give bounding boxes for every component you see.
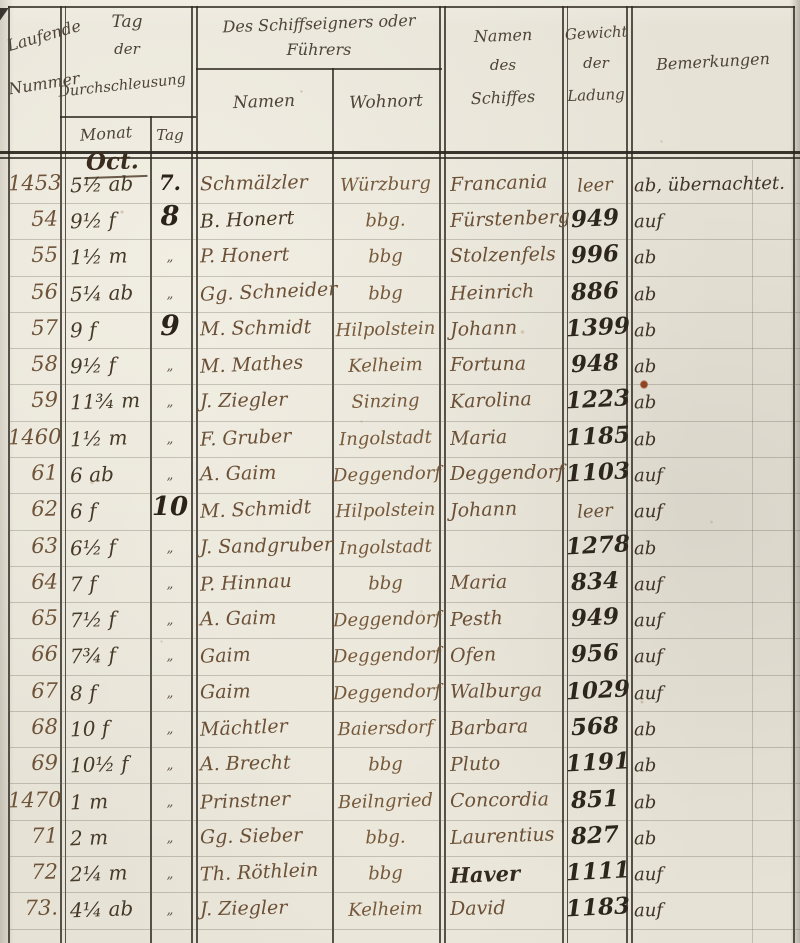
table-row: 62 6 f 10 M. Schmidt Hilpolstein Johann … xyxy=(0,493,800,529)
owner-name: M. Schmidt xyxy=(200,496,333,524)
day-of-month: 9 xyxy=(150,309,190,342)
ship-name: Stolzenfels xyxy=(450,243,562,267)
day-of-month: „ xyxy=(150,613,190,628)
passage-time: 9½ f xyxy=(70,352,149,379)
table-row: 66 7¾ f „ Gaim Deggendorf Ofen 956 auf xyxy=(0,638,800,674)
owner-name: Schmälzler xyxy=(200,170,332,195)
owner-residence: Hilpolstein xyxy=(333,499,439,523)
remark: auf xyxy=(634,571,792,595)
table-row: 64 7 f „ P. Hinnau bbg Maria 834 auf xyxy=(0,566,800,602)
cargo-weight: 1278 xyxy=(565,530,624,560)
day-of-month: „ xyxy=(150,649,190,664)
header-bemerkungen: Bemerkungen xyxy=(634,48,793,75)
passage-time: 5¼ ab xyxy=(70,279,149,306)
ship-name: Ofen xyxy=(450,641,563,667)
ship-name: Heinrich xyxy=(450,279,563,305)
running-number: 57 xyxy=(8,315,58,340)
remark: ab xyxy=(634,535,792,559)
passage-time: 1½ m xyxy=(70,424,149,451)
owner-name: M. Mathes xyxy=(200,350,333,378)
day-of-month: „ xyxy=(150,250,190,265)
cargo-weight: 1111 xyxy=(565,857,624,887)
owner-name: Mächtler xyxy=(200,713,333,741)
running-number: 65 xyxy=(8,606,58,631)
passage-time: 6½ f xyxy=(70,533,149,560)
running-number: 55 xyxy=(8,243,58,268)
owner-residence: Deggendorf xyxy=(333,644,439,668)
owner-name: Gg. Sieber xyxy=(200,823,332,848)
cargo-weight: 1103 xyxy=(565,458,624,488)
header-eigner-line1: Des Schiffseigners oder xyxy=(196,10,443,38)
day-of-month: „ xyxy=(150,359,190,374)
running-number: 1470 xyxy=(8,787,58,812)
cargo-weight: 948 xyxy=(565,349,624,379)
day-of-month: 10 xyxy=(150,492,190,522)
running-number: 72 xyxy=(8,860,58,885)
running-number: 58 xyxy=(8,352,58,377)
day-of-month: „ xyxy=(150,903,190,918)
day-of-month: „ xyxy=(150,831,190,846)
passage-time: 2 m xyxy=(70,823,149,850)
passage-time: 1 m xyxy=(70,787,149,814)
cargo-weight: 949 xyxy=(565,603,624,633)
day-of-month: „ xyxy=(150,686,190,701)
owner-header-rule xyxy=(196,68,442,70)
header-sub-monat: Monat xyxy=(63,121,148,146)
ship-name: Deggendorf xyxy=(450,461,562,485)
ship-name: Walburga xyxy=(450,679,562,703)
running-number: 59 xyxy=(8,388,58,413)
table-row: 57 9 f 9 M. Schmidt Hilpolstein Johann 1… xyxy=(0,312,800,348)
cargo-weight: 1191 xyxy=(565,748,624,778)
day-of-month: „ xyxy=(150,867,190,882)
table-row: 1453 5½ ab 7. Schmälzler Würzburg Franca… xyxy=(0,167,800,203)
owner-name: J. Ziegler xyxy=(200,896,332,921)
cargo-weight: 996 xyxy=(565,240,624,270)
owner-residence: Ingolstadt xyxy=(333,426,439,450)
passage-time: 2¼ m xyxy=(70,860,149,887)
owner-residence: bbg xyxy=(333,862,439,886)
running-number: 61 xyxy=(8,461,58,486)
remark: auf xyxy=(634,608,792,632)
ship-name: Francania xyxy=(450,170,563,196)
ship-name: Fürstenberg xyxy=(450,206,563,232)
table-row: 61 6 ab „ A. Gaim Deggendorf Deggendorf … xyxy=(0,457,800,493)
passage-time: 8 f xyxy=(70,678,149,705)
cargo-weight: 568 xyxy=(565,712,624,742)
remark: auf xyxy=(634,862,792,886)
ship-name: Karolina xyxy=(450,388,563,414)
remark: ab xyxy=(634,789,792,813)
remark: ab xyxy=(634,354,792,378)
owner-residence: bbg xyxy=(333,281,439,305)
table-row: 72 2¼ m „ Th. Röthlein bbg Haver 1111 au… xyxy=(0,856,800,892)
owner-residence: bbg. xyxy=(333,209,439,233)
day-of-month: „ xyxy=(150,468,190,483)
header-tag-line2: der xyxy=(62,40,192,58)
remark: ab xyxy=(634,426,792,450)
remark: auf xyxy=(634,499,792,523)
remark: ab xyxy=(634,245,792,269)
cargo-weight: leer xyxy=(565,500,624,524)
running-number: 1453 xyxy=(8,170,58,195)
table-row: 69 10½ f „ A. Brecht bbg Pluto 1191 ab xyxy=(0,747,800,783)
owner-residence: Hilpolstein xyxy=(333,318,439,342)
passage-time: 5½ ab xyxy=(70,170,149,197)
owner-name: Gaim xyxy=(200,678,332,703)
running-number: 66 xyxy=(8,642,58,667)
ship-name: Maria xyxy=(450,424,563,450)
header-gewicht-line1: Gewicht xyxy=(565,22,628,43)
passage-time: 7 f xyxy=(70,570,149,597)
remark: ab xyxy=(634,281,792,305)
passage-time: 7½ f xyxy=(70,606,149,633)
remark: ab xyxy=(634,825,792,849)
cargo-weight: 1183 xyxy=(565,893,624,923)
owner-residence: bbg xyxy=(333,572,439,596)
table-row: 56 5¼ ab „ Gg. Schneider bbg Heinrich 88… xyxy=(0,276,800,312)
owner-residence: Deggendorf xyxy=(333,608,439,632)
running-number: 71 xyxy=(8,823,58,848)
cargo-weight: 886 xyxy=(565,276,624,306)
ship-name: Fortuna xyxy=(450,352,562,376)
running-number: 67 xyxy=(8,678,58,703)
table-row: 1460 1½ m „ F. Gruber Ingolstadt Maria 1… xyxy=(0,421,800,457)
table-row: 1470 1 m „ Prinstner Beilngried Concordi… xyxy=(0,784,800,820)
owner-residence: Beilngried xyxy=(333,789,439,813)
header-schiff-line3: Schiffes xyxy=(444,86,563,109)
remark: ab, übernachtet. xyxy=(634,172,792,196)
passage-time: 10½ f xyxy=(70,751,149,778)
ship-name: Pluto xyxy=(450,750,563,776)
owner-residence: bbg xyxy=(333,245,439,269)
ship-name: Pesth xyxy=(450,605,563,631)
passage-time: 7¾ f xyxy=(70,642,149,669)
header-sub-tag: Tag xyxy=(150,126,190,144)
owner-name: P. Hinnau xyxy=(200,568,333,596)
day-of-month: „ xyxy=(150,722,190,737)
cargo-weight: 1399 xyxy=(565,312,624,342)
day-of-month: „ xyxy=(150,287,190,302)
header-gewicht-line3: Ladung xyxy=(565,85,628,105)
day-of-month: 8 xyxy=(150,201,190,232)
cargo-weight: 949 xyxy=(565,204,624,234)
cargo-weight: leer xyxy=(565,173,624,197)
remark: ab xyxy=(634,390,792,414)
owner-residence: Würzburg xyxy=(333,172,439,196)
owner-name: J. Sandgruber xyxy=(200,533,332,558)
ship-name: Barbara xyxy=(450,714,563,740)
owner-residence: Kelheim xyxy=(333,354,439,378)
owner-residence: bbg. xyxy=(333,825,439,849)
owner-name: F. Gruber xyxy=(200,423,333,451)
passage-time: 9½ f xyxy=(70,207,149,234)
table-row: 71 2 m „ Gg. Sieber bbg. Laurentius 827 … xyxy=(0,820,800,856)
header-eigner-line2: Führers xyxy=(196,40,442,59)
running-number: 63 xyxy=(8,533,58,558)
owner-residence: Ingolstadt xyxy=(333,535,439,559)
remark: auf xyxy=(634,898,792,922)
ship-name: Johann xyxy=(450,315,563,341)
table-row: 67 8 f „ Gaim Deggendorf Walburga 1029 a… xyxy=(0,675,800,711)
ship-name: David xyxy=(450,896,562,920)
running-number: 1460 xyxy=(8,424,58,449)
table-row: 65 7½ f „ A. Gaim Deggendorf Pesth 949 a… xyxy=(0,602,800,638)
cargo-weight: 1223 xyxy=(565,385,624,415)
header-schiff-line1: Namen xyxy=(444,24,563,47)
running-number: 56 xyxy=(8,279,58,304)
day-of-month: „ xyxy=(150,758,190,773)
passage-time: 4¼ ab xyxy=(70,896,149,923)
owner-residence: Deggendorf xyxy=(333,680,439,704)
ledger-page: Laufende Nummer Tag der Durchschleusung … xyxy=(0,0,800,943)
day-of-month: „ xyxy=(150,795,190,810)
cargo-weight: 956 xyxy=(565,639,624,669)
passage-time: 6 f xyxy=(70,497,149,524)
ship-name: Maria xyxy=(450,570,562,594)
table-row: 54 9½ f 8 B. Honert bbg. Fürstenberg 949… xyxy=(0,203,800,239)
running-number: 73. xyxy=(8,896,58,921)
cargo-weight: 834 xyxy=(565,566,624,596)
day-of-month: „ xyxy=(150,541,190,556)
owner-name: B. Honert xyxy=(200,205,333,233)
running-number: 68 xyxy=(8,715,58,740)
table-row: 68 10 f „ Mächtler Baiersdorf Barbara 56… xyxy=(0,711,800,747)
running-number: 64 xyxy=(8,569,58,594)
owner-name: M. Schmidt xyxy=(200,316,332,341)
ship-name: Laurentius xyxy=(450,823,563,849)
remark: auf xyxy=(634,644,792,668)
owner-residence: Kelheim xyxy=(333,898,439,922)
owner-residence: Baiersdorf xyxy=(333,717,439,741)
day-of-month: „ xyxy=(150,395,190,410)
table-row: 59 11¾ m „ J. Ziegler Sinzing Karolina 1… xyxy=(0,384,800,420)
owner-name: Gg. Schneider xyxy=(200,278,333,306)
passage-time: 1½ m xyxy=(70,243,149,270)
cargo-weight: 827 xyxy=(565,820,624,850)
owner-name: A. Gaim xyxy=(200,461,332,486)
running-number: 69 xyxy=(8,751,58,776)
header-sub-namen: Namen xyxy=(197,90,332,115)
day-of-month: „ xyxy=(150,577,190,592)
running-number: 62 xyxy=(8,497,58,522)
owner-name: P. Honert xyxy=(200,243,332,268)
ship-name: Haver xyxy=(450,859,563,888)
owner-residence: bbg xyxy=(333,753,439,777)
passage-time: 9 f xyxy=(70,316,149,343)
table-row: 55 1½ m „ P. Honert bbg Stolzenfels 996 … xyxy=(0,239,800,275)
ship-name: Johann xyxy=(450,496,563,522)
header-gewicht-line2: der xyxy=(565,54,627,72)
corner-ink-mark xyxy=(0,8,12,22)
header-tag-line1: Tag xyxy=(62,12,192,32)
remark: auf xyxy=(634,463,792,487)
owner-name: A. Brecht xyxy=(200,751,332,776)
ruled-line xyxy=(8,929,800,930)
owner-name: Th. Röthlein xyxy=(200,858,333,886)
remark: auf xyxy=(634,680,792,704)
cargo-weight: 1029 xyxy=(565,675,624,705)
owner-name: J. Ziegler xyxy=(200,388,332,413)
cargo-weight: 1185 xyxy=(565,421,624,451)
owner-name: Gaim xyxy=(200,641,333,669)
day-of-month: „ xyxy=(150,432,190,447)
passage-time: 10 f xyxy=(70,715,149,742)
ship-name xyxy=(450,533,562,537)
remark: auf xyxy=(634,209,792,233)
owner-name: A. Gaim xyxy=(200,606,332,631)
cargo-weight: 851 xyxy=(565,784,624,814)
remark: ab xyxy=(634,717,792,741)
remark: ab xyxy=(634,318,792,342)
table-row: 58 9½ f „ M. Mathes Kelheim Fortuna 948 … xyxy=(0,348,800,384)
ship-name: Concordia xyxy=(450,788,562,812)
remark: ab xyxy=(634,753,792,777)
owner-residence: Deggendorf xyxy=(333,463,439,487)
running-number: 54 xyxy=(8,207,58,232)
header-schiff-line2: des xyxy=(444,56,562,74)
header-sub-wohnort: Wohnort xyxy=(333,90,440,114)
month-day-header-rule xyxy=(60,116,196,118)
table-top-border xyxy=(8,6,795,8)
table-row: 63 6½ f „ J. Sandgruber Ingolstadt 1278 … xyxy=(0,530,800,566)
owner-residence: Sinzing xyxy=(333,390,439,414)
day-of-month: 7. xyxy=(150,170,190,195)
passage-time: 11¾ m xyxy=(70,388,149,415)
table-row: 73. 4¼ ab „ J. Ziegler Kelheim David 118… xyxy=(0,892,800,928)
owner-name: Prinstner xyxy=(200,786,333,814)
passage-time: 6 ab xyxy=(70,461,149,488)
